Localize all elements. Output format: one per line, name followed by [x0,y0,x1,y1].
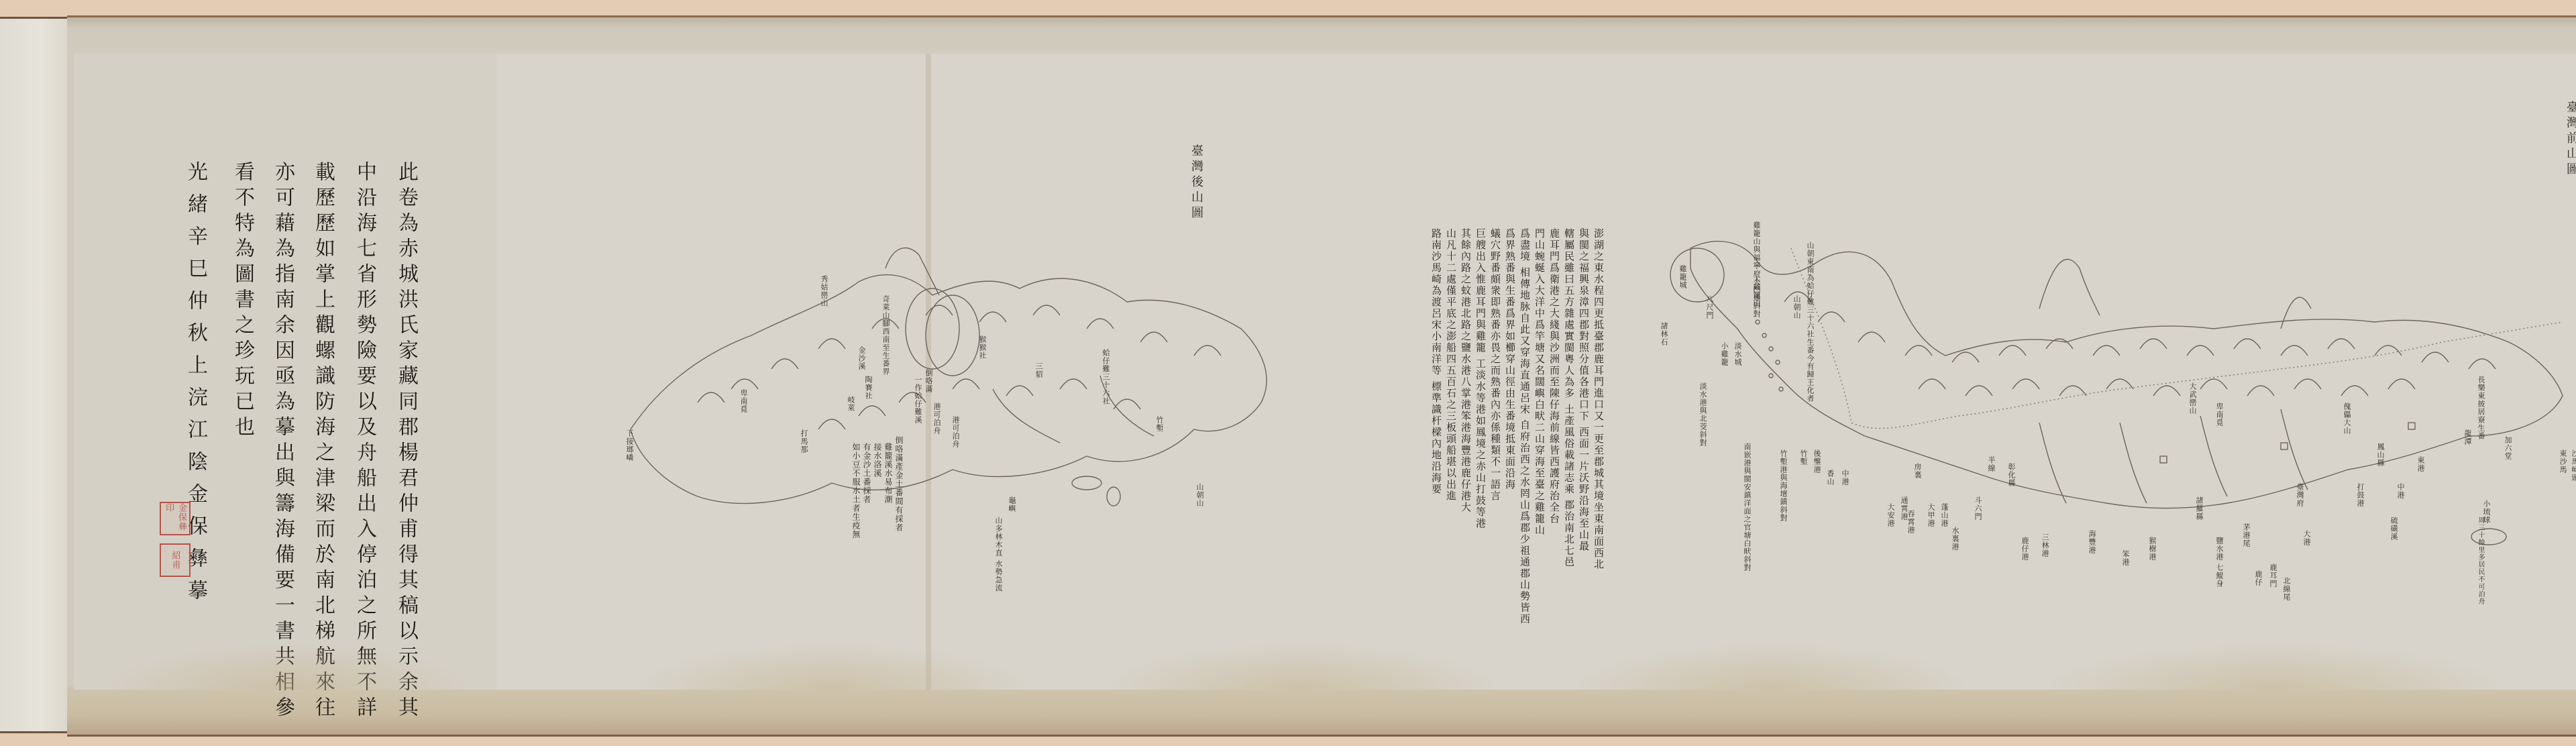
essay-column: 巨艘出入惟鹿耳門與雞籠 工淡水等港如鳳境之赤山打鼓等港 [1475,228,1485,529]
water-stain [2039,643,2509,690]
essay-column: 門山蜿蜒入大洋中爲竿塘又名闊嶼白畎二山穿海至臺之雞籠山 [1534,228,1544,536]
map-label: 卑南覓 [2214,403,2224,427]
map-label: 加六堂 [2502,436,2513,460]
map-label: 鹿仔港 [2019,537,2030,561]
map-label: 大甲港 [1925,503,1936,527]
map-label: 三林港 [2039,533,2050,557]
colophon-column: 中沿海七省形勢險要以及舟船出入停泊之所無不詳 [354,161,374,722]
map-label: 東港 [2415,456,2426,472]
map-label: 諸林石 [1658,322,1669,346]
map-label: 香山 [1825,470,1835,486]
map-label: 臺灣府 [2294,483,2305,507]
map-sheet: 臺灣後山圖 秀姑巒山 奇萊山腳西南至生番界 金沙溪 陶賽社 岐萊 打馬那 卑南覓… [496,54,2576,690]
map-label: 吞霄港 [1905,510,1916,534]
map-label: 下接瑯嶠 [624,429,635,462]
map-label: 三貂 [1033,362,1044,378]
map-label: 龜嶼 [1006,496,1017,513]
map-label: 房裏 [1912,463,1923,479]
map-note: 有金沙土番採者 [861,443,873,504]
essay-column: 爲界熟番與生番爲界如櫛穿山徑由生番境抵東面沿海 [1505,228,1515,490]
bottom-border-band [67,686,2576,735]
scroll-leader-silk [0,17,67,733]
map-label: 大安港 [1885,503,1896,527]
map-label: 大港 [2301,530,2312,546]
map-label: 岐萊 [845,396,856,412]
map-title-front-mountain: 臺灣前山圖 [2563,101,2576,178]
map-label: 沙馬崎頭 [2569,449,2576,482]
water-stain [1100,643,1503,690]
essay-column: 其餘內路之蚊港北路之鹽水港八掌港笨港海豐港鹿仔港大 [1460,228,1470,513]
essay-column: 爲盡境 相傳地脉自此又穿海直通呂宋 自府治西之水罔山爲郡少祖通郡山勢皆西 [1519,228,1529,625]
map-label: 七鯤身 [2214,564,2224,588]
map-label: 竹塹 [1798,449,1809,466]
map-label: 鹽水港 [2214,537,2224,561]
map-label: 打鼓港 [2355,483,2365,507]
map-label: 茅港尾 [2241,523,2251,547]
map-title-back-mountain: 臺灣後山圖 [1187,144,1205,221]
colophon-column: 看不特為圖書之珍玩已也 [232,161,252,441]
map-label: 後壟港 [1811,449,1822,474]
map-label: 金沙溪 [856,346,867,370]
map-label: 淡水城 [1732,342,1743,366]
map-label: 八尺門 [1704,295,1715,319]
essay-column: 山凡十二處僅平底之澎船四五百石之三板頭船堪以出進 [1446,228,1456,502]
map-label: 中港 [2395,483,2406,499]
colophon-sheet: 此卷為赤城洪氏家藏同郡楊君仲甫得其稿以示余其 中沿海七省形勢險要以及舟船出入停泊… [74,54,496,690]
handscroll: 此卷為赤城洪氏家藏同郡楊君仲甫得其稿以示余其 中沿海七省形勢險要以及舟船出入停泊… [0,15,2576,737]
map-note: 倒咯滿產金土番間有採者 [894,436,905,532]
essay-column: 與閩之福興泉漳四郡對照分值各港口下 西面一片沃野沿海至山最 [1578,228,1589,552]
essay-column: 轄屬民雖曰五方雜處實閩粵人為多 土產風俗載諸志乘 郡治南北七邑 [1564,228,1574,568]
map-label: 蓬山港 [1939,503,1949,527]
map-label: 猴猴社 [977,335,987,360]
essay-column: 蟻穴野番頗衆即熟番亦畏之而熟番內亦係種類不一語言 [1490,228,1500,502]
seal-stamp: 紹甫 [160,543,191,577]
map-label: 大武巒山 [2187,382,2198,415]
map-label: 山朝東南為蛤仔難三十六社生番今有歸王化者 [1805,242,1815,403]
map-label: 大雞籠山 [1751,275,1762,307]
map-label: 陶賽社 [863,376,873,400]
map-label: 港可泊舟 [950,416,961,448]
map-label: 山朝山 [1194,483,1205,507]
map-note: 周三十餘里多居民不可泊舟 [2475,517,2485,605]
essay-column: 路南沙馬崎為渡呂宋小南洋等 標準識杆樑內地沿海要 [1431,228,1441,495]
map-label: 北線尾 [2281,577,2292,601]
map-label: 水裏港 [1949,527,1960,551]
map-label: 山朝山 [1791,295,1802,319]
map-label: 半線 [1986,456,1996,472]
map-label: 傀儡大山 [2341,403,2352,435]
map-label: 倒咯滿 [923,369,934,393]
map-note: 雞籠溪水易布潮 [883,443,894,504]
water-stain [631,643,1033,690]
map-label: 斗六門 [1972,496,1983,521]
map-label: 鹿耳門 [2267,564,2278,588]
map-label: 鳳山縣 [2375,443,2385,467]
map-label: 雞籠城 [1677,265,1688,289]
map-label: 小雞籠 [1719,342,1729,366]
map-label: 一作蛤仔難溪 [912,376,923,424]
map-label: 東沙馬 [2557,449,2568,474]
map-label: 蛤仔難三十六社 [1100,349,1111,405]
map-note: 如小豆不服水土者生疫無 [851,443,862,539]
map-label: 竹塹 [1154,416,1165,432]
map-label: 南嵌港與閩安鎮洋面之官塘白畎斜對 [1741,443,1752,572]
seal-stamp: 金保彝印 [160,502,191,535]
scroll-mounting: 此卷為赤城洪氏家藏同郡楊君仲甫得其稿以示余其 中沿海七省形勢險要以及舟船出入停泊… [67,15,2576,737]
map-label: 猴樹港 [2147,537,2157,561]
map-label: 港可泊舟 [931,403,942,435]
colophon-column: 此卷為赤城洪氏家藏同郡楊君仲甫得其稿以示余其 [396,161,416,722]
map-label: 奇萊山腳西南至生番界 [880,295,891,376]
map-label: 打馬那 [798,429,809,454]
essay-column: 鹿耳門爲衛港之大綫與沙洲而至陳仔海前線皆西護府治全台 [1549,228,1559,525]
map-note: 接水洛溪 [872,443,883,478]
back-mountain-map [617,255,1288,537]
colophon-column: 亦可藉為指南余因亟為摹出與籌海備要一書共相參 [272,161,292,722]
map-label: 龍潭 [2462,429,2473,445]
map-label: 笨港 [2120,550,2131,566]
map-label: 彰化縣 [2006,463,2017,487]
map-label: 諸羅縣 [2194,496,2204,521]
map-label: 長樂東披居寮生番 [2475,376,2486,440]
essay-column: 澎湖之東水程四更抵臺郡鹿耳門進口又一更至郡城其境坐東南面西北 [1593,228,1603,570]
colophon-column: 載歷歷如掌上觀螺識防海之津梁而於南北梯航來往 [313,161,333,722]
map-label: 海豐港 [2086,530,2097,554]
map-label: 竹塹港與海壇鎮斜對 [1778,449,1788,522]
map-label: 硫磺溪 [2388,517,2399,541]
map-label: 中港 [1839,470,1850,486]
top-border-band [67,17,2576,54]
water-stain [1570,643,1972,690]
map-label: 鹿仔 [2253,570,2263,586]
map-label: 山多林木直 水勢急流 [993,517,1004,592]
water-stain [101,643,476,690]
map-label: 卑南覓 [738,389,749,413]
map-label: 淡水港與北茭斜對 [1697,382,1708,447]
map-label: 秀姑巒山 [818,275,829,307]
